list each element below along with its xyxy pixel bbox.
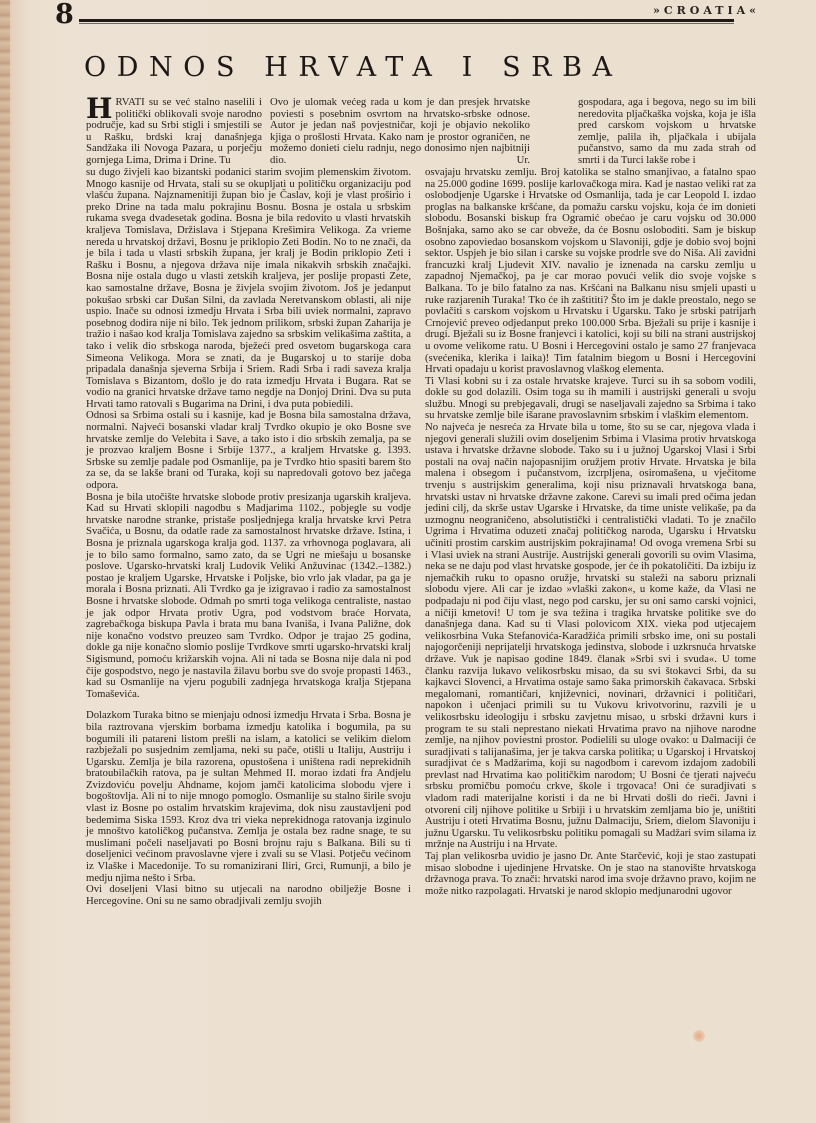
- paragraph: Bosna je bila utočište hrvatske slobode …: [86, 492, 411, 701]
- paragraph: osvajaju hrvatsku zemlju. Broj katolika …: [425, 167, 756, 376]
- torn-page-edge: [0, 0, 10, 1123]
- paragraph: su dugo živjeli kao bizantski podanici s…: [86, 167, 411, 410]
- paragraph: No najveća je nesreća za Hrvate bila u t…: [425, 422, 756, 851]
- paragraph: Ovi doseljeni Vlasi bitno su utjecali na…: [86, 884, 411, 907]
- header-rule: [79, 19, 734, 22]
- paragraph: Ti Vlasi kobni su i za ostale hrvatske k…: [425, 376, 756, 422]
- paragraph: Taj plan velikosrba uvidio je jasno Dr. …: [425, 851, 756, 897]
- page-header: 8 »CROATIA«: [55, 0, 760, 36]
- paper-stain: [693, 1030, 705, 1042]
- left-column: su dugo živjeli kao bizantski podanici s…: [86, 167, 411, 907]
- lead-col3-text: gospodara, aga i begova, nego su im bili…: [578, 96, 756, 166]
- paragraph: Odnosi sa Srbima ostali su i kasnije, ka…: [86, 410, 411, 491]
- newspaper-page: 8 »CROATIA« ODNOS HRVATA I SRBA H RVATI …: [0, 0, 816, 1123]
- editor-note: Ovo je ulomak većeg rada u kom je dan pr…: [270, 97, 530, 167]
- lead-column-1: H RVATI su se već stalno naselili i poli…: [86, 97, 262, 167]
- lead-column-3: gospodara, aga i begova, nego su im bili…: [578, 97, 756, 167]
- right-column: osvajaju hrvatsku zemlju. Broj katolika …: [425, 167, 756, 897]
- editor-signature: Ur.: [517, 155, 530, 167]
- masthead: »CROATIA«: [653, 4, 760, 17]
- article-title: ODNOS HRVATA I SRBA: [84, 52, 760, 83]
- drop-cap: H: [86, 98, 112, 120]
- paragraph: Dolazkom Turaka bitno se mienjaju odnosi…: [86, 710, 411, 884]
- header-rule-thin: [79, 23, 734, 24]
- editor-note-text: Ovo je ulomak većeg rada u kom je dan pr…: [270, 96, 530, 166]
- page-number: 8: [55, 0, 74, 30]
